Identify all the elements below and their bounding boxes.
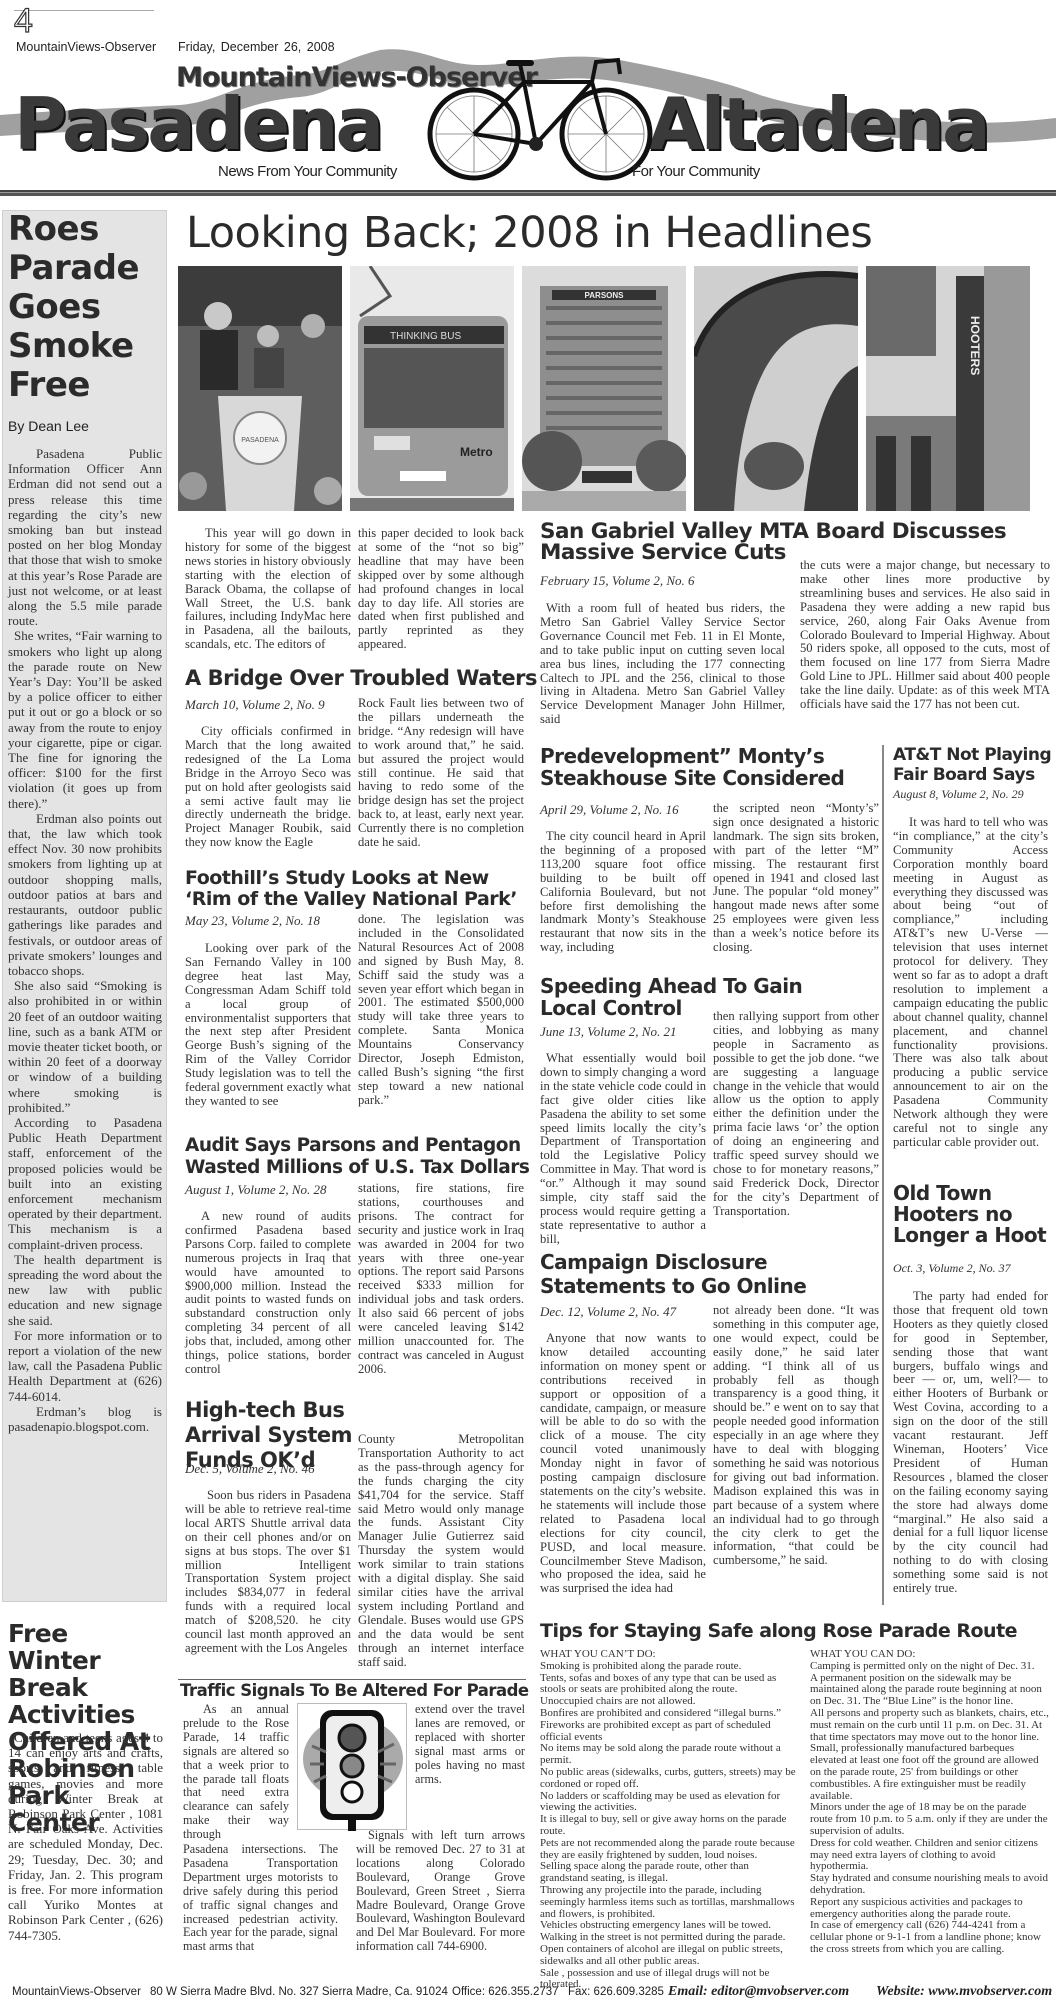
- podium-speaker-photo: PASADENA: [178, 266, 342, 511]
- tip-item: Stay hydrated and consume nourishing mea…: [810, 1873, 1050, 1897]
- tips-title: Tips for Staying Safe along Rose Parade …: [540, 1622, 1017, 1641]
- att-title: AT&T Not Playing Fair Board Says: [893, 745, 1053, 785]
- tip-item: In case of emergency call (626) 744-4241…: [810, 1920, 1050, 1955]
- tip-item: Report any suspicious activities and pac…: [810, 1897, 1050, 1921]
- bridge-column-1: City officials confirmed in March that t…: [185, 725, 351, 850]
- bus-column-2: County Metropolitan Transportation Autho…: [358, 1433, 524, 1669]
- tip-item: No public areas (sidewalks, curbs, gutte…: [540, 1767, 798, 1791]
- traffic-column-1-bottom: Pasadena intersections. The Pasadena Tra…: [183, 1843, 338, 1954]
- bicycle-icon: [424, 52, 656, 182]
- traffic-column-2-top: extend over the travel lanes are removed…: [415, 1703, 525, 1786]
- paragraph: Erdman’s blog is pasadenapio.blogspot.co…: [8, 1404, 162, 1434]
- montys-column-1: The city council heard in April the begi…: [540, 830, 706, 955]
- hooters-dateline: Oct. 3, Volume 2, No. 37: [893, 1261, 1011, 1276]
- main-headline: Looking Back; 2008 in Headlines: [186, 208, 872, 258]
- podium-seal-text: PASADENA: [241, 437, 279, 444]
- traffic-light-icon: [298, 1704, 408, 1831]
- traffic-column-1-top: As an annual prelude to the Rose Parade,…: [183, 1703, 289, 1842]
- paragraph: According to Pasadena Public Heath Depar…: [8, 1115, 162, 1252]
- hooters-sign-photo: HOOTERS: [866, 266, 1030, 511]
- bridge-column-2: Rock Fault lies between two of the pilla…: [358, 697, 524, 850]
- speeding-dateline: June 13, Volume 2, No. 21: [540, 1024, 676, 1040]
- tip-item: A permanent position on the sidewalk may…: [810, 1673, 1050, 1708]
- metro-bus-photo: THINKING BUS Metro: [350, 266, 514, 511]
- att-dateline: August 8, Volume 2, No. 29: [893, 787, 1024, 802]
- foothill-title: Foothill’s Study Looks at New ‘Rim of th…: [185, 868, 530, 910]
- header-rule: [14, 10, 154, 11]
- traffic-light-image: [297, 1703, 407, 1830]
- speeding-column-2: then rallying support from other cities,…: [713, 1010, 879, 1219]
- bridge-dateline: March 10, Volume 2, No. 9: [185, 697, 325, 713]
- att-body: It was hard to tell who was “in complian…: [893, 816, 1048, 1150]
- paragraph: She writes, “Fair warning to smokers who…: [8, 628, 162, 810]
- paragraph: The health department is spreading the w…: [8, 1252, 162, 1328]
- audit-column-2: stations, fire stations, fire stations, …: [358, 1182, 524, 1377]
- section-divider: [178, 1679, 526, 1680]
- tip-item: Tents, sofas and boxes of any type that …: [540, 1673, 798, 1697]
- svg-text:Metro: Metro: [460, 445, 493, 459]
- tip-item: Dress for cold weather. Children and sen…: [810, 1838, 1050, 1873]
- city-name-altadena: Altadena: [648, 88, 988, 160]
- montys-dateline: April 29, Volume 2, No. 16: [540, 802, 679, 818]
- sidebar-story-body: Pasadena Public Information Officer Ann …: [8, 446, 162, 1434]
- bus-column-1: Soon bus riders in Pasadena will be able…: [185, 1489, 351, 1656]
- paragraph: Pasadena Public Information Officer Ann …: [8, 446, 162, 628]
- city-name-pasadena: Pasadena: [14, 88, 381, 160]
- foothill-column-1: Looking over park of the San Fernando Va…: [185, 942, 351, 1109]
- hooters-title: Old Town Hooters no Longer a Hoot: [893, 1183, 1053, 1246]
- tagline-left: News From Your Community: [218, 163, 397, 180]
- campaign-column-2: not already been done. “It was something…: [713, 1304, 879, 1568]
- mta-title: San Gabriel Valley MTA Board Discusses M…: [540, 521, 1050, 563]
- traffic-title: Traffic Signals To Be Altered For Parade: [180, 1683, 529, 1700]
- byline: By Dean Lee: [8, 418, 89, 434]
- tips-cant-list: WHAT YOU CAN’T DO: Smoking is prohibited…: [540, 1649, 798, 1991]
- sidebar-story-title: Roes Parade Goes Smoke Free: [8, 210, 168, 405]
- audit-column-1: A new round of audits confirmed Pasadena…: [185, 1210, 351, 1377]
- footer-office-phone: Office: 626.355.2737: [452, 1986, 559, 1998]
- footer-address: 80 W Sierra Madre Blvd. No. 327 Sierra M…: [150, 1986, 448, 1998]
- traffic-column-2-bottom: Signals with left turn arrows will be re…: [356, 1829, 525, 1954]
- hooters-body: The party had ended for those that frequ…: [893, 1290, 1048, 1596]
- tips-can-list: WHAT YOU CAN DO: Camping is permitted on…: [810, 1649, 1050, 1956]
- column-divider: [882, 745, 884, 1605]
- footer-fax: Fax: 626.609.3285: [568, 1986, 664, 1998]
- masthead-rule: [0, 190, 1056, 196]
- montys-column-2: the scripted neon “Monty’s” sign once de…: [713, 802, 879, 955]
- tip-item: Selling space along the parade route, ot…: [540, 1861, 798, 1885]
- bridge-arch-photo: [694, 266, 858, 511]
- tip-item: Pets are not recommended along the parad…: [540, 1838, 798, 1862]
- campaign-title: Campaign Disclosure Statements to Go Onl…: [540, 1250, 885, 1298]
- tip-item: Throwing any projectile into the parade,…: [540, 1885, 798, 1920]
- footer-email-link[interactable]: Email: editor@mvobserver.com: [668, 1984, 849, 2000]
- intro-column-1: This year will go down in history for so…: [185, 527, 351, 652]
- tip-item: No items may be sold along the parade ro…: [540, 1743, 798, 1767]
- parsons-building-photo: PARSONS: [522, 266, 686, 511]
- intro-column-2: this paper decided to look back at some …: [358, 527, 524, 652]
- tip-item: Camping is permitted only on the night o…: [810, 1661, 1050, 1673]
- paragraph: Erdman also points out that, the law whi…: [8, 811, 162, 978]
- tip-item: Small, professionally manufactured barbe…: [810, 1743, 1050, 1802]
- tip-item: Bonfires are prohibited and considered “…: [540, 1708, 798, 1720]
- winter-break-body: Children and teens ages 4 to 14 can enjo…: [8, 1730, 163, 1943]
- tip-item: It is illegal to buy, sell or give away …: [540, 1814, 798, 1838]
- footer-website-link[interactable]: Website: www.mvobserver.com: [876, 1984, 1052, 2000]
- hooters-sign-text: HOOTERS: [968, 316, 982, 375]
- foothill-column-2: done. The legislation was included in th…: [358, 913, 524, 1108]
- tagline-right: For Your Community: [632, 163, 760, 180]
- foothill-dateline: May 23, Volume 2, No. 18: [185, 913, 320, 929]
- tip-item: No ladders or scaffolding may be used as…: [540, 1791, 798, 1815]
- tip-item: Open containers of alcohol are illegal o…: [540, 1944, 798, 1968]
- audit-dateline: August 1, Volume 2, No. 28: [185, 1182, 327, 1198]
- campaign-dateline: Dec. 12, Volume 2, No. 47: [540, 1304, 676, 1320]
- mta-column-2: the cuts were a major change, but necess…: [800, 559, 1050, 712]
- mta-dateline: February 15, Volume 2, No. 6: [540, 573, 695, 589]
- mta-column-1: With a room full of heated bus riders, t…: [540, 602, 785, 727]
- svg-text:PARSONS: PARSONS: [585, 291, 625, 300]
- tip-item: Minors under the age of 18 may be on the…: [810, 1802, 1050, 1837]
- speeding-column-1: What essentially would boil down to simp…: [540, 1052, 706, 1247]
- page-footer: MountainViews-Observer 80 W Sierra Madre…: [0, 1986, 1056, 2000]
- tip-item: Smoking is prohibited along the parade r…: [540, 1661, 798, 1673]
- bridge-title: A Bridge Over Troubled Waters: [185, 668, 537, 689]
- footer-paper-name: MountainViews-Observer: [12, 1986, 141, 1998]
- paragraph: For more information or to report a viol…: [8, 1328, 162, 1404]
- bus-dateline: Dec. 5, Volume 2, No. 46: [185, 1461, 315, 1477]
- tip-item: All persons and property such as blanket…: [810, 1708, 1050, 1743]
- paragraph: She also said “Smoking is also prohibite…: [8, 978, 162, 1115]
- montys-title: Predevelopment” Monty’s Steakhouse Site …: [540, 745, 885, 789]
- campaign-column-1: Anyone that now wants to know detailed a…: [540, 1332, 706, 1596]
- tip-item: Fireworks are prohibited except as part …: [540, 1720, 798, 1744]
- audit-title: Audit Says Parsons and Pentagon Wasted M…: [185, 1135, 530, 1179]
- svg-text:THINKING BUS: THINKING BUS: [390, 331, 461, 342]
